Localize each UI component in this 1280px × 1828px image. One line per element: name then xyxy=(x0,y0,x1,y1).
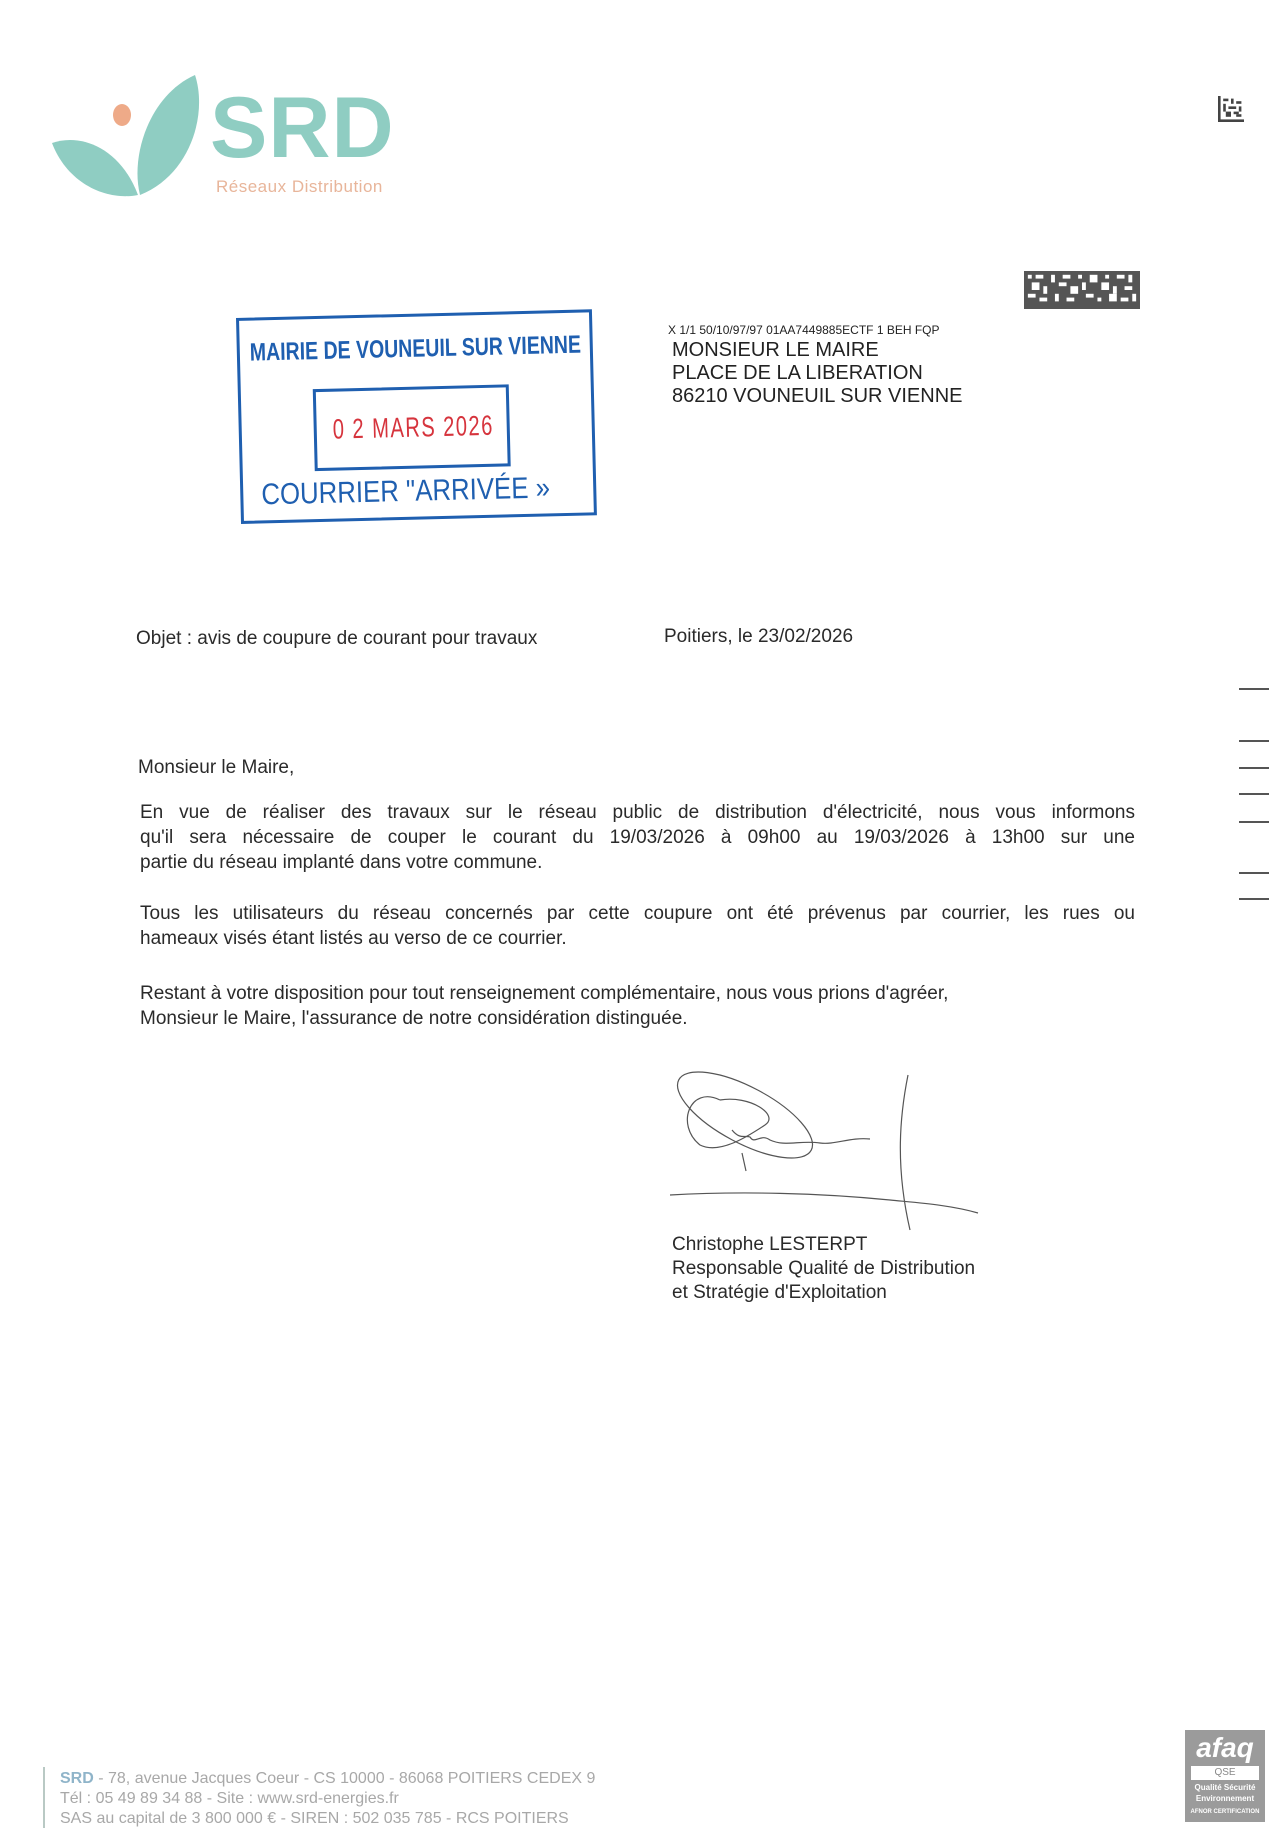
paragraph-line: Monsieur le Maire, l'assurance de notre … xyxy=(140,1006,1135,1031)
margin-mark xyxy=(1239,821,1269,823)
margin-mark xyxy=(1239,688,1269,690)
stamp-date-box: 0 2 MARS 2026 xyxy=(313,384,511,471)
recipient-line: PLACE DE LA LIBERATION xyxy=(672,362,923,385)
letter-paragraph: Restant à votre disposition pour tout re… xyxy=(140,981,1135,1031)
afaq-name: afaq xyxy=(1185,1732,1265,1764)
brand-name: SRD xyxy=(210,85,395,171)
stamp-footer: COURRIER "ARRIVÉE » xyxy=(261,471,550,512)
routing-code: X 1/1 50/10/97/97 01AA7449885ECTF 1 BEH … xyxy=(668,323,940,337)
letter-subject: Objet : avis de coupure de courant pour … xyxy=(136,628,537,650)
paragraph-line: hameaux visés étant listés au verso de c… xyxy=(140,926,1135,951)
reception-stamp: MAIRIE DE VOUNEUIL SUR VIENNE 0 2 MARS 2… xyxy=(236,309,597,524)
stamp-title: MAIRIE DE VOUNEUIL SUR VIENNE xyxy=(250,331,582,368)
afaq-line: Environnement xyxy=(1185,1794,1265,1803)
footer-company: SRD xyxy=(60,1770,94,1787)
margin-mark xyxy=(1239,898,1269,900)
stamp-date: 0 2 MARS 2026 xyxy=(332,410,494,446)
afaq-certification-logo: afaq QSE Qualité Sécurité Environnement … xyxy=(1185,1730,1265,1822)
margin-mark xyxy=(1239,740,1269,742)
afaq-line: Qualité Sécurité xyxy=(1185,1783,1265,1792)
afaq-badge: QSE xyxy=(1191,1766,1259,1780)
footer-contact: Tél : 05 49 89 34 88 - Site : www.srd-en… xyxy=(60,1790,399,1808)
letter-paragraph: Tous les utilisateurs du réseau concerné… xyxy=(140,901,1135,951)
brand-subtitle: Réseaux Distribution xyxy=(216,177,383,197)
footer-address: SRD - 78, avenue Jacques Coeur - CS 1000… xyxy=(60,1770,595,1788)
paragraph-line: Restant à votre disposition pour tout re… xyxy=(140,981,1135,1006)
datamatrix-barcode-icon xyxy=(1218,96,1244,122)
paragraph-line: partie du réseau implanté dans votre com… xyxy=(140,850,1135,875)
signatory-title: Responsable Qualité de Distribution xyxy=(672,1257,975,1281)
margin-mark xyxy=(1239,872,1269,874)
handwritten-signature-icon xyxy=(660,1055,990,1235)
signatory-name: Christophe LESTERPT xyxy=(672,1233,867,1257)
letter-salutation: Monsieur le Maire, xyxy=(138,757,294,779)
footer-divider xyxy=(43,1767,45,1828)
footer-legal: SAS au capital de 3 800 000 € - SIREN : … xyxy=(60,1810,569,1828)
datamatrix-barcode-icon xyxy=(1024,271,1140,309)
margin-mark xyxy=(1239,767,1269,769)
signatory-title: et Stratégie d'Exploitation xyxy=(672,1281,887,1305)
footer-address-text: - 78, avenue Jacques Coeur - CS 10000 - … xyxy=(94,1770,596,1787)
letter-paragraph: En vue de réaliser des travaux sur le ré… xyxy=(140,800,1135,875)
margin-mark xyxy=(1239,793,1269,795)
afaq-line: AFNOR CERTIFICATION xyxy=(1185,1809,1265,1815)
paragraph-line: En vue de réaliser des travaux sur le ré… xyxy=(140,800,1135,825)
recipient-line: MONSIEUR LE MAIRE xyxy=(672,339,879,362)
recipient-line: 86210 VOUNEUIL SUR VIENNE xyxy=(672,385,962,408)
paragraph-line: qu'il sera nécessaire de couper le coura… xyxy=(140,825,1135,850)
letter-place-date: Poitiers, le 23/02/2026 xyxy=(664,626,853,648)
paragraph-line: Tous les utilisateurs du réseau concerné… xyxy=(140,901,1135,926)
